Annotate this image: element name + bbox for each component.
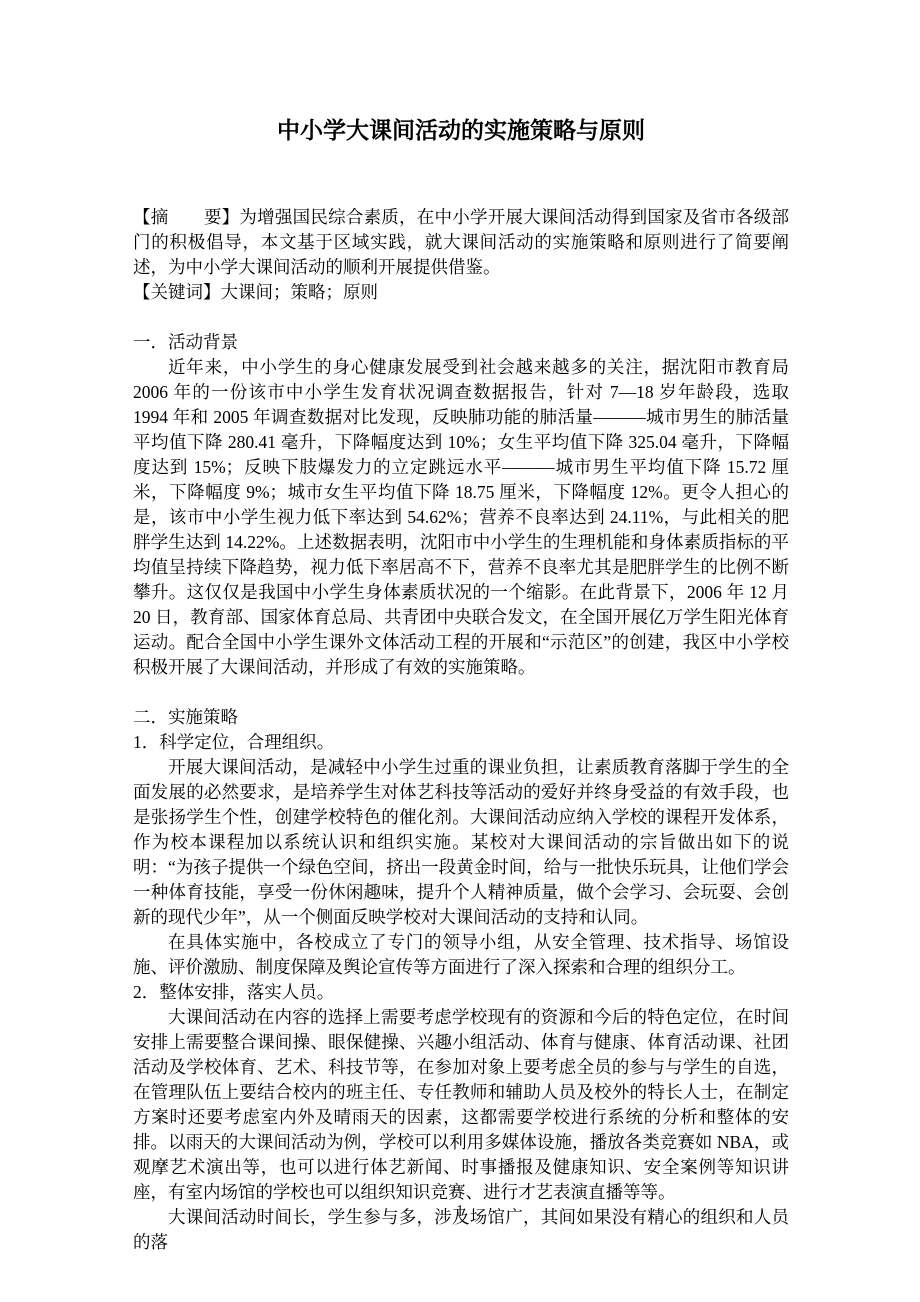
section-heading-background: 一．活动背景 (133, 330, 789, 355)
strategy-paragraph-1: 开展大课间活动，是减轻中小学生过重的课业负担，让素质教育落脚于学生的全面发展的必… (133, 755, 789, 930)
subsection-1-heading: 1．科学定位，合理组织。 (133, 730, 789, 755)
document-title: 中小学大课间活动的实施策略与原则 (133, 115, 789, 147)
strategy-paragraph-3: 大课间活动在内容的选择上需要考虑学校现有的资源和今后的特色定位，在时间安排上需要… (133, 1005, 789, 1205)
keywords-text: 大课间；策略；原则 (221, 282, 379, 302)
strategy-paragraph-2: 在具体实施中，各校成立了专门的领导小组，从安全管理、技术指导、场馆设施、评价激励… (133, 930, 789, 980)
abstract-paragraph: 【摘 要】为增强国民综合素质，在中小学开展大课间活动得到国家及省市各级部门的积极… (133, 205, 789, 280)
background-paragraph: 近年来，中小学生的身心健康发展受到社会越来越多的关注，据沈阳市教育局 2006 … (133, 355, 789, 680)
subsection-2-heading: 2．整体安排，落实人员。 (133, 980, 789, 1005)
section-heading-strategy: 二．实施策略 (133, 705, 789, 730)
keywords-line: 【关键词】大课间；策略；原则 (133, 280, 789, 305)
document-content: 中小学大课间活动的实施策略与原则 【摘 要】为增强国民综合素质，在中小学开展大课… (133, 115, 789, 1255)
page-number: 1 (0, 1198, 920, 1223)
abstract-label: 【摘 要】 (133, 207, 239, 227)
document-page: 中小学大课间活动的实施策略与原则 【摘 要】为增强国民综合素质，在中小学开展大课… (0, 0, 920, 1302)
keywords-label: 【关键词】 (133, 282, 221, 302)
